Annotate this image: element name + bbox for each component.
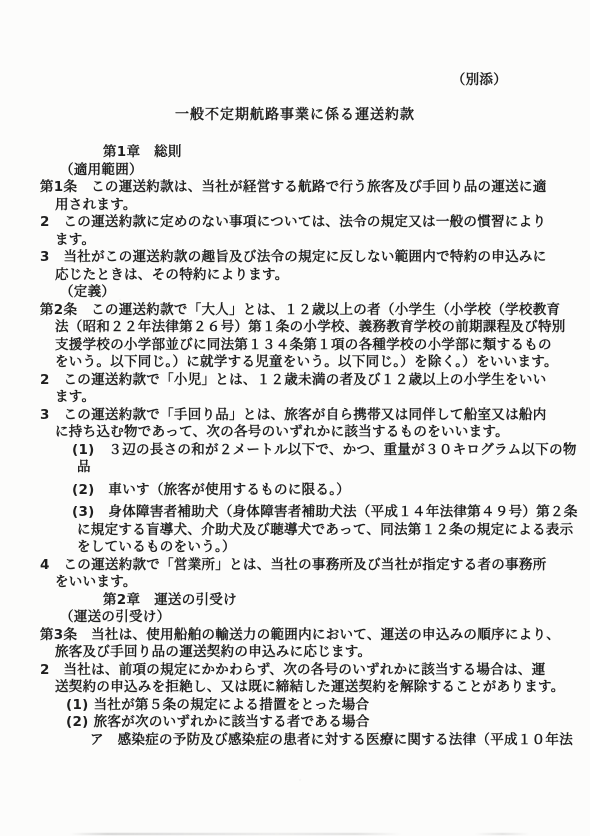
doc-block-label: （定義） <box>0 284 590 302</box>
document-blocks: （別添）一般不定期航路事業に係る運送約款第1章 総則（適用範囲）第1条 この運送… <box>0 72 590 749</box>
doc-block-chapter: 第1章 総則 <box>0 144 590 162</box>
doc-block-article: 第3条 当社は、使用船舶の輸送力の範囲内において、運送の申込みの順序により、 旅… <box>0 627 590 662</box>
doc-block-article: 第2条 この運送約款で「大人」とは、１２歳以上の者（小学生（小学校（学校教育 法… <box>0 302 590 372</box>
doc-block-item2: (2) 旅客が次のいずれかに該当する者である場合 <box>0 714 590 732</box>
doc-block-chapter: 第2章 運送の引受け <box>0 592 590 610</box>
doc-block-article: 4 この運送約款で「営業所」とは、当社の事務所及び当社が指定する者の事務所 をい… <box>0 557 590 592</box>
doc-block-annotation: （別添） <box>0 72 590 90</box>
doc-block-label: （運送の引受け） <box>0 609 590 627</box>
doc-block-subitem: ア 感染症の予防及び感染症の患者に対する医療に関する法律（平成１０年法 <box>0 732 590 750</box>
doc-block-article: 3 当社がこの運送約款の趣旨及び法令の規定に反しない範囲内で特約の申込みに 応じ… <box>0 249 590 284</box>
doc-block-article: 2 この運送約款に定めのない事項については、法令の規定又は一般の慣習により ます… <box>0 214 590 249</box>
doc-block-item: (2) 車いす（旅客が使用するものに限る。） <box>0 482 590 500</box>
doc-block-article: 3 この運送約款で「手回り品」とは、旅客が自ら携帯又は同伴して船室又は船内 に持… <box>0 407 590 442</box>
doc-block-article: 2 当社は、前項の規定にかかわらず、次の各号のいずれかに該当する場合は、運 送契… <box>0 662 590 697</box>
scanned-document-page: （別添）一般不定期航路事業に係る運送約款第1章 総則（適用範囲）第1条 この運送… <box>0 0 590 836</box>
doc-block-article: 2 この運送約款で「小児」とは、１２歳未満の者及び１２歳以上の小学生をいい ます… <box>0 372 590 407</box>
scan-artifact-bottom-edge <box>70 833 530 835</box>
doc-block-title: 一般不定期航路事業に係る運送約款 <box>0 107 590 125</box>
doc-block-item: (3) 身体障害者補助犬（身体障害者補助犬法（平成１４年法律第４９号）第２条 に… <box>0 504 590 557</box>
doc-block-article: 第1条 この運送約款は、当社が経営する航路で行う旅客及び手回り品の運送に適 用さ… <box>0 179 590 214</box>
doc-block-item2: (1) 当社が第５条の規定による措置をとった場合 <box>0 697 590 715</box>
doc-block-item: (1) ３辺の長さの和が２メートル以下で、かつ、重量が３０キログラム以下の物 品 <box>0 442 590 477</box>
doc-block-label: （適用範囲） <box>0 162 590 180</box>
